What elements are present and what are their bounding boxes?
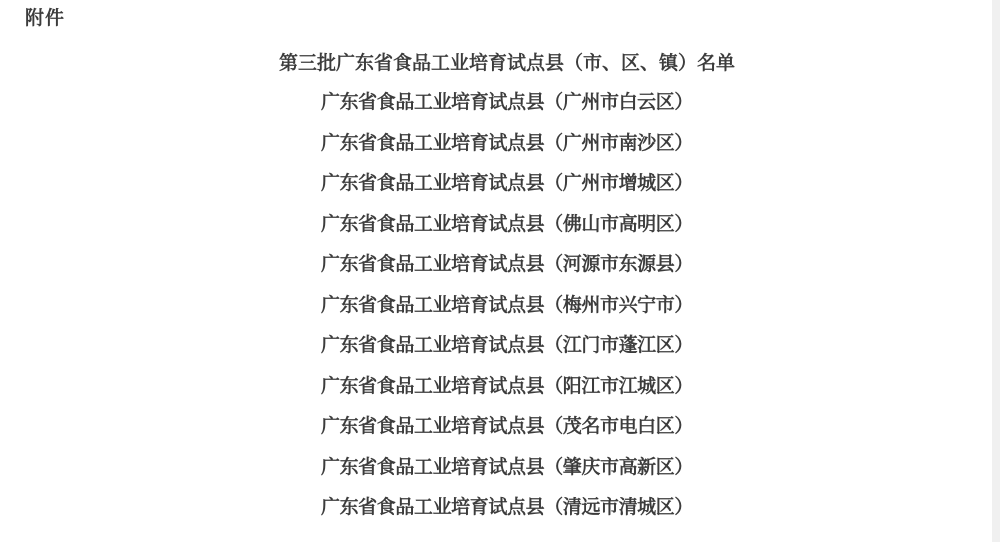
list-item: 广东省食品工业培育试点县（广州市增城区） [22, 174, 992, 193]
list-item: 广东省食品工业培育试点县（广州市白云区） [22, 93, 992, 112]
document-page: 附件 第三批广东省食品工业培育试点县（市、区、镇）名单 广东省食品工业培育试点县… [0, 0, 1000, 549]
list-item: 广东省食品工业培育试点县（佛山市高明区） [22, 215, 992, 234]
list-item: 广东省食品工业培育试点县（清远市清城区） [22, 498, 992, 517]
attachment-label: 附件 [25, 8, 65, 29]
list-item: 广东省食品工业培育试点县（肇庆市高新区） [22, 458, 992, 477]
list-item: 广东省食品工业培育试点县（梅州市兴宁市） [22, 296, 992, 315]
document-content: 第三批广东省食品工业培育试点县（市、区、镇）名单 广东省食品工业培育试点县（广州… [0, 54, 992, 539]
vertical-scrollbar-track[interactable] [992, 0, 1000, 542]
list-item: 广东省食品工业培育试点县（河源市东源县） [22, 255, 992, 274]
list-item: 广东省食品工业培育试点县（江门市蓬江区） [22, 336, 992, 355]
list-item: 广东省食品工业培育试点县（茂名市电白区） [22, 417, 992, 436]
document-title: 第三批广东省食品工业培育试点县（市、区、镇）名单 [22, 54, 992, 74]
list-item: 广东省食品工业培育试点县（广州市南沙区） [22, 134, 992, 153]
list-item: 广东省食品工业培育试点县（阳江市江城区） [22, 377, 992, 396]
